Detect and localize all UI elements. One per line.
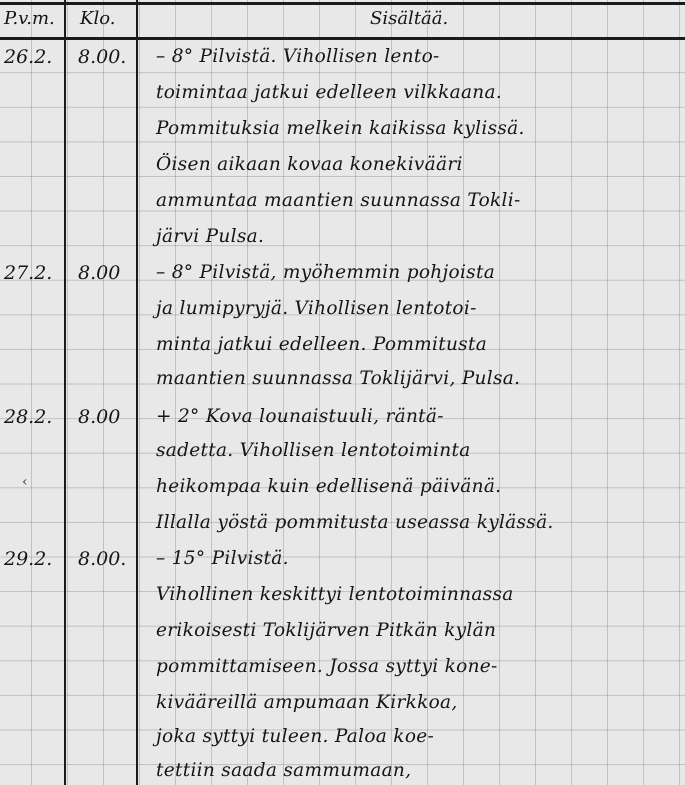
entry-line: erikoisesti Tokli­järven Pitkän kylän: [156, 620, 496, 641]
top-rule: [0, 2, 685, 5]
entry-date: 29.2.: [4, 548, 52, 570]
entry-line: – 8° Pilvistä. Vihollisen lento-: [156, 46, 440, 67]
entry-time: 8.00: [78, 262, 120, 284]
entry-line: tettiin saada sammumaan,: [156, 760, 411, 781]
entry-line: pommittamiseen. Jossa syttyi kone-: [156, 656, 498, 677]
entry-line: ammuntaa maantien suunnassa Tokli-: [156, 190, 521, 211]
entry-line: järvi Pulsa.: [156, 226, 264, 247]
entry-time: 8.00: [78, 406, 120, 428]
entry-line: Pommituksia melkein kaikissa kylissä.: [156, 118, 525, 139]
entry-time: 8.00.: [78, 548, 126, 570]
entry-date: 27.2.: [4, 262, 52, 284]
entry-line: Öisen aikaan kovaa konekivääri: [156, 154, 463, 175]
entry-line: ja lumipyryjä. Vihollisen lentotoi-: [156, 298, 477, 319]
entry-line: toimintaa jatkui edelleen vilkkaana.: [156, 82, 502, 103]
entry-date: 28.2.: [4, 406, 52, 428]
entry-line: joka syttyi tuleen. Paloa koe-: [156, 726, 434, 747]
entry-line: sadetta. Vihollisen lentotoiminta: [156, 440, 471, 461]
date-column-divider: [64, 0, 66, 785]
header-rule: [0, 37, 685, 40]
entry-date: 26.2.: [4, 46, 52, 68]
entry-line: kivääreillä ampumaan Kirkkoa,: [156, 692, 458, 713]
entry-line: maantien suunnassa Tokli­järvi, Pulsa.: [156, 368, 520, 389]
entry-line: – 15° Pilvistä.: [156, 548, 289, 569]
entry-line: – 8° Pilvistä, myöhemmin pohjoista: [156, 262, 495, 283]
entry-line: Illalla yöstä pommitusta useassa kylässä…: [156, 512, 554, 533]
header-content: Sisältää.: [370, 8, 448, 29]
ledger-page: P.v.m. Klo. Sisältää. 26.2. 8.00. – 8° P…: [0, 0, 685, 785]
entry-line: + 2° Kova lounaistuuli, räntä-: [156, 406, 444, 427]
entry-line: heikompaa kuin edellisenä päivänä.: [156, 476, 501, 497]
entry-line: Vihollinen keskittyi lentotoiminnassa: [156, 584, 514, 605]
header-time: Klo.: [80, 8, 115, 29]
margin-mark: ‹: [22, 474, 28, 490]
time-column-divider: [136, 0, 138, 785]
entry-line: minta jatkui edelleen. Pommitusta: [156, 334, 487, 355]
entry-time: 8.00.: [78, 46, 126, 68]
header-date: P.v.m.: [4, 8, 55, 29]
